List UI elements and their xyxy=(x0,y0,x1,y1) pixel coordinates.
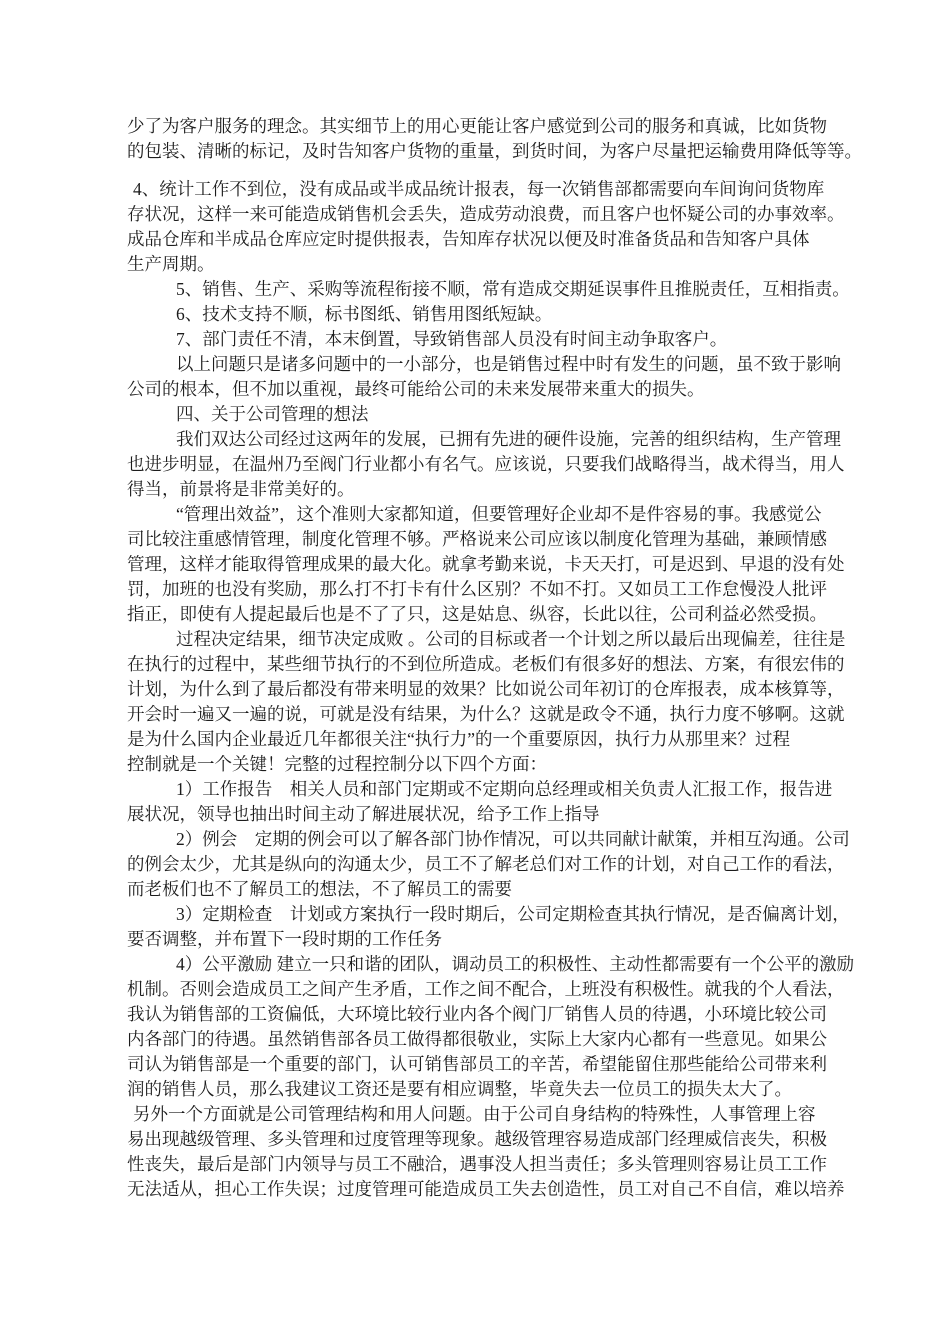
text-line: 润的销售人员，那么我建议工资还是要有相应调整，毕竟失去一位员工的损失太大了。 xyxy=(127,1077,832,1102)
text-line: 四、关于公司管理的想法 xyxy=(127,402,832,427)
text-line: 4、统计工作不到位，没有成品或半成品统计报表，每一次销售部都需要向车间询问货物库 xyxy=(127,177,832,202)
text-line: 机制。否则会造成员工之间产生矛盾，工作之间不配合，上班没有积极性。就我的个人看法… xyxy=(127,977,832,1002)
text-line: 指正，即使有人提起最后也是不了了只，这是姑息、纵容，长此以往，公司利益必然受损。 xyxy=(127,602,832,627)
text-line: 易出现越级管理、多头管理和过度管理等现象。越级管理容易造成部门经理威信丧失，积极 xyxy=(127,1127,832,1152)
text-line: 2）例会 定期的例会可以了解各部门协作情况，可以共同献计献策，并相互沟通。公司 xyxy=(127,827,832,852)
text-line: 6、技术支持不顺，标书图纸、销售用图纸短缺。 xyxy=(127,302,832,327)
text-line: 也进步明显，在温州乃至阀门行业都小有名气。应该说，只要我们战略得当，战术得当，用… xyxy=(127,452,832,477)
text-line: 计划，为什么到了最后都没有带来明显的效果？比如说公司年初订的仓库报表，成本核算等… xyxy=(127,677,832,702)
text-line: 得当，前景将是非常美好的。 xyxy=(127,477,832,502)
text-line: 少了为客户服务的理念。其实细节上的用心更能让客户感觉到公司的服务和真诚，比如货物 xyxy=(127,114,832,139)
text-line: 管理，这样才能取得管理成果的最大化。就拿考勤来说，卡天天打，可是迟到、早退的没有… xyxy=(127,552,832,577)
text-line: 成品仓库和半成品仓库应定时提供报表，告知库存状况以便及时准备货品和告知客户具体 xyxy=(127,227,832,252)
text-line: 5、销售、生产、采购等流程衔接不顺，常有造成交期延误事件且推脱责任，互相指责。 xyxy=(127,277,832,302)
text-line: 另外一个方面就是公司管理结构和用人问题。由于公司自身结构的特殊性，人事管理上容 xyxy=(127,1102,832,1127)
text-line: 以上问题只是诸多问题中的一小部分，也是销售过程中时有发生的问题，虽不致于影响 xyxy=(127,352,832,377)
text-line: 我们双达公司经过这两年的发展，已拥有先进的硬件设施，完善的组织结构，生产管理 xyxy=(127,427,832,452)
text-line: 司比较注重感情管理，制度化管理不够。严格说来公司应该以制度化管理为基础，兼顾情感 xyxy=(127,527,832,552)
text-line: 过程决定结果，细节决定成败 。公司的目标或者一个计划之所以最后出现偏差，往往是 xyxy=(127,627,832,652)
text-line: 罚，加班的也没有奖励，那么打不打卡有什么区别？不如不打。又如员工工作怠慢没人批评 xyxy=(127,577,832,602)
text-line: 我认为销售部的工资偏低，大环境比较行业内各个阀门厂销售人员的待遇，小环境比较公司 xyxy=(127,1002,832,1027)
text-line: 而老板们也不了解员工的想法，不了解员工的需要 xyxy=(127,877,832,902)
text-line: 性丧失，最后是部门内领导与员工不融洽，遇事没人担当责任；多头管理则容易让员工工作 xyxy=(127,1152,832,1177)
document-page: 少了为客户服务的理念。其实细节上的用心更能让客户感觉到公司的服务和真诚，比如货物… xyxy=(0,0,950,1344)
text-line: 3）定期检查 计划或方案执行一段时期后，公司定期检查其执行情况，是否偏离计划， xyxy=(127,902,832,927)
text-line: 在执行的过程中，某些细节执行的不到位所造成。老板们有很多好的想法、方案，有很宏伟… xyxy=(127,652,832,677)
text-line: 存状况，这样一来可能造成销售机会丢失，造成劳动浪费，而且客户也怀疑公司的办事效率… xyxy=(127,202,832,227)
text-line: “管理出效益”，这个准则大家都知道，但要管理好企业却不是件容易的事。我感觉公 xyxy=(127,502,832,527)
text-line: 内各部门的待遇。虽然销售部各员工做得都很敬业，实际上大家内心都有一些意见。如果公 xyxy=(127,1027,832,1052)
text-line: 的例会太少，尤其是纵向的沟通太少，员工不了解老总们对工作的计划，对自己工作的看法… xyxy=(127,852,832,877)
text-line: 司认为销售部是一个重要的部门，认可销售部员工的辛苦，希望能留住那些能给公司带来利 xyxy=(127,1052,832,1077)
text-line: 展状况，领导也抽出时间主动了解进展状况，给予工作上指导 xyxy=(127,802,832,827)
text-line: 7、部门责任不清，本末倒置，导致销售部人员没有时间主动争取客户。 xyxy=(127,327,832,352)
text-line: 1）工作报告 相关人员和部门定期或不定期向总经理或相关负责人汇报工作，报告进 xyxy=(127,777,832,802)
text-line: 开会时一遍又一遍的说，可就是没有结果，为什么？这就是政令不通，执行力度不够啊。这… xyxy=(127,702,832,727)
text-line: 是为什么国内企业最近几年都很关注“执行力”的一个重要原因，执行力从那里来？过程 xyxy=(127,727,832,752)
text-line: 要否调整，并布置下一段时期的工作任务 xyxy=(127,927,832,952)
text-line: 的包装、清晰的标记，及时告知客户货物的重量，到货时间，为客户尽量把运输费用降低等… xyxy=(127,139,832,164)
text-line: 生产周期。 xyxy=(127,252,832,277)
text-line: 4）公平激励 建立一只和谐的团队，调动员工的积极性、主动性都需要有一个公平的激励 xyxy=(127,952,832,977)
text-line: 公司的根本，但不加以重视，最终可能给公司的未来发展带来重大的损失。 xyxy=(127,377,832,402)
document-body: 少了为客户服务的理念。其实细节上的用心更能让客户感觉到公司的服务和真诚，比如货物… xyxy=(127,114,832,1202)
text-line: 控制就是一个关键！完整的过程控制分以下四个方面： xyxy=(127,752,832,777)
text-line: 无法适从，担心工作失误；过度管理可能造成员工失去创造性，员工对自己不自信，难以培… xyxy=(127,1177,832,1202)
